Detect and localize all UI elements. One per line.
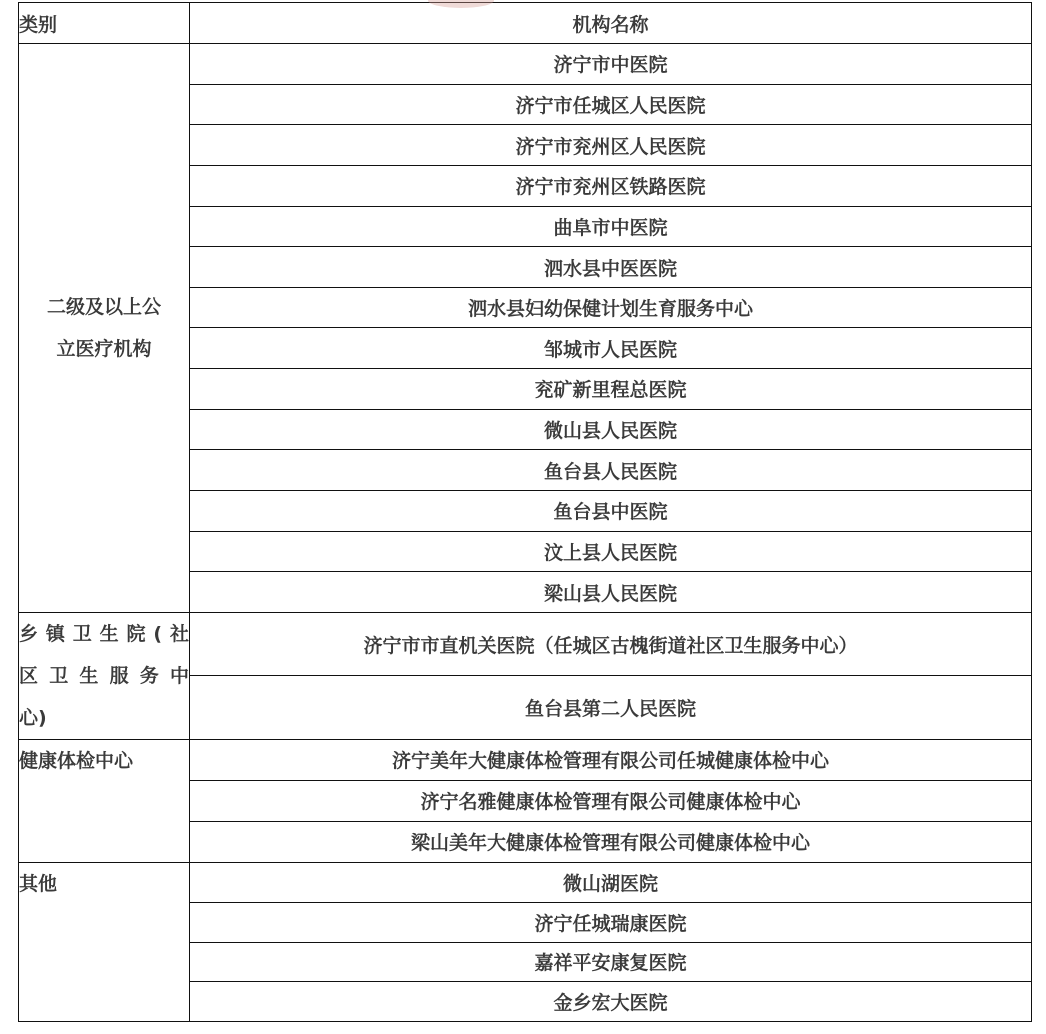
institution-name-cell: 济宁美年大健康体检管理有限公司任城健康体检中心 xyxy=(190,739,1032,780)
category-label-line: 二级及以上公 xyxy=(19,286,189,328)
header-institution-name: 机构名称 xyxy=(190,3,1032,44)
category-label-line: 乡镇卫生院(社 xyxy=(19,613,189,655)
institution-name-cell: 微山县人民医院 xyxy=(190,409,1032,450)
institution-name-cell: 微山湖医院 xyxy=(190,862,1032,902)
table-row: 二级及以上公立医疗机构济宁市中医院 xyxy=(19,44,1032,85)
category-label-line: 立医疗机构 xyxy=(19,328,189,370)
institution-name-cell: 梁山县人民医院 xyxy=(190,572,1032,613)
header-row: 类别 机构名称 xyxy=(19,3,1032,44)
table-row: 其他微山湖医院 xyxy=(19,862,1032,902)
institution-name-cell: 济宁市中医院 xyxy=(190,44,1032,85)
institution-name-cell: 济宁名雅健康体检管理有限公司健康体检中心 xyxy=(190,780,1032,821)
page: 类别 机构名称 二级及以上公立医疗机构济宁市中医院济宁市任城区人民医院济宁市兖州… xyxy=(0,0,1046,1034)
institution-name-cell: 汶上县人民医院 xyxy=(190,531,1032,572)
category-label-line: 其他 xyxy=(19,863,189,905)
institution-name-cell: 嘉祥平安康复医院 xyxy=(190,942,1032,982)
category-label-line: 心) xyxy=(19,697,189,739)
institution-name-cell: 梁山美年大健康体检管理有限公司健康体检中心 xyxy=(190,821,1032,862)
category-cell: 乡镇卫生院(社区卫生服务中心) xyxy=(19,612,190,739)
institution-name-cell: 邹城市人民医院 xyxy=(190,328,1032,369)
category-label-line: 区卫生服务中 xyxy=(19,655,189,697)
category-cell: 二级及以上公立医疗机构 xyxy=(19,44,190,613)
institution-name-cell: 曲阜市中医院 xyxy=(190,206,1032,247)
institution-name-cell: 济宁市兖州区铁路医院 xyxy=(190,165,1032,206)
category-label-line: 健康体检中心 xyxy=(19,740,189,782)
institution-name-cell: 济宁市市直机关医院（任城区古槐街道社区卫生服务中心） xyxy=(190,612,1032,676)
institution-name-cell: 鱼台县第二人民医院 xyxy=(190,676,1032,740)
institution-name-cell: 泗水县妇幼保健计划生育服务中心 xyxy=(190,287,1032,328)
institution-name-cell: 济宁市兖州区人民医院 xyxy=(190,125,1032,166)
institution-name-cell: 济宁任城瑞康医院 xyxy=(190,902,1032,942)
institution-table: 类别 机构名称 二级及以上公立医疗机构济宁市中医院济宁市任城区人民医院济宁市兖州… xyxy=(18,2,1032,1022)
category-cell: 其他 xyxy=(19,862,190,1021)
header-category: 类别 xyxy=(19,3,190,44)
institution-name-cell: 鱼台县人民医院 xyxy=(190,450,1032,491)
institution-name-cell: 兖矿新里程总医院 xyxy=(190,369,1032,410)
category-cell: 健康体检中心 xyxy=(19,739,190,862)
table-row: 健康体检中心济宁美年大健康体检管理有限公司任城健康体检中心 xyxy=(19,739,1032,780)
institution-name-cell: 泗水县中医医院 xyxy=(190,247,1032,288)
institution-name-cell: 金乡宏大医院 xyxy=(190,982,1032,1022)
institution-name-cell: 鱼台县中医院 xyxy=(190,491,1032,532)
table-row: 乡镇卫生院(社区卫生服务中心)济宁市市直机关医院（任城区古槐街道社区卫生服务中心… xyxy=(19,612,1032,676)
table-body: 类别 机构名称 二级及以上公立医疗机构济宁市中医院济宁市任城区人民医院济宁市兖州… xyxy=(19,3,1032,1022)
institution-name-cell: 济宁市任城区人民医院 xyxy=(190,84,1032,125)
